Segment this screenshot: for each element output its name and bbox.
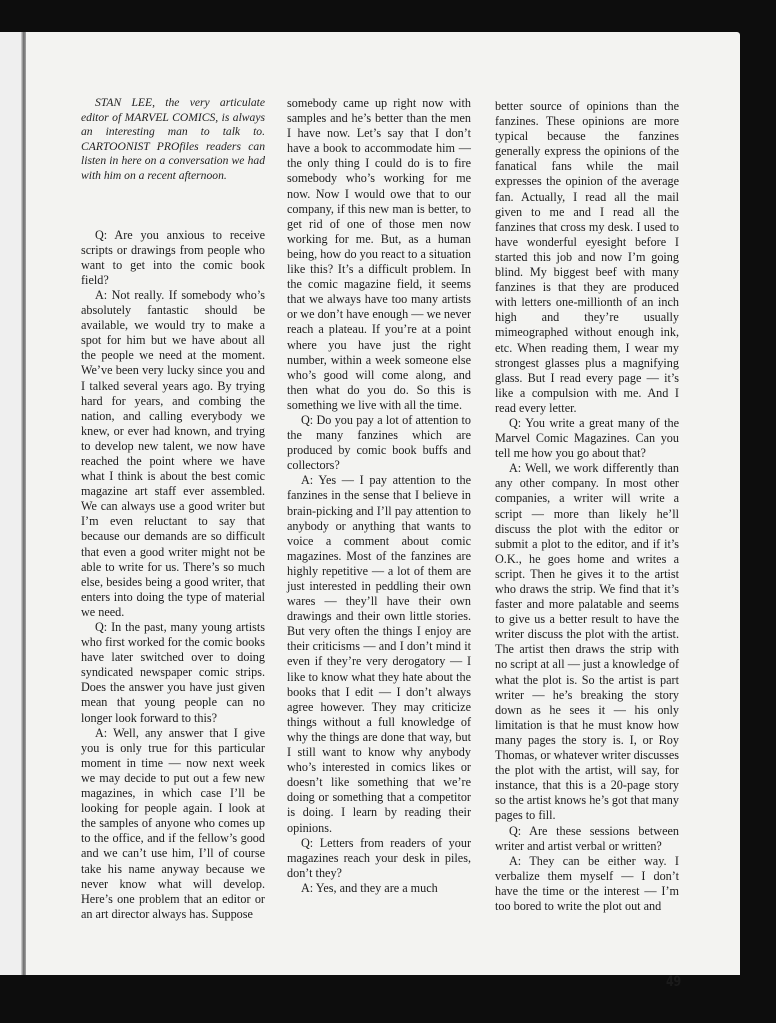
paragraph: Q: Letters from readers of your magazine… <box>287 836 471 881</box>
text-column-1: STAN LEE, the very articulate editor of … <box>81 96 265 922</box>
magazine-page: STAN LEE, the very articulate editor of … <box>26 32 740 975</box>
intro-spacer <box>81 184 265 228</box>
intro-blurb: STAN LEE, the very articulate editor of … <box>81 96 265 184</box>
paragraph: Q: You write a great many of the Marvel … <box>495 416 679 461</box>
previous-page-edge <box>0 32 22 975</box>
paragraph: somebody came up right now with samples … <box>287 96 471 413</box>
page-number: 49 <box>666 974 681 990</box>
paragraph: A: Yes — I pay attention to the fanzines… <box>287 473 471 835</box>
paragraph: A: Well, we work differently than any ot… <box>495 461 679 823</box>
text-column-3: better source of opinions than the fanzi… <box>495 99 679 914</box>
paragraph: Q: Are you anxious to receive scripts or… <box>81 228 265 288</box>
paragraph: Q: In the past, many young artists who f… <box>81 620 265 726</box>
paragraph: Q: Do you pay a lot of attention to the … <box>287 413 471 473</box>
paragraph: A: Not really. If somebody who’s absolut… <box>81 288 265 620</box>
paragraph: A: Yes, and they are a much <box>287 881 471 896</box>
paragraph: A: They can be either way. I verbalize t… <box>495 854 679 914</box>
text-column-2: somebody came up right now with samples … <box>287 96 471 896</box>
paragraph: better source of opinions than the fanzi… <box>495 99 679 416</box>
paragraph: Q: Are these sessions between writer and… <box>495 824 679 854</box>
paragraph: A: Well, any answer that I give you is o… <box>81 726 265 922</box>
